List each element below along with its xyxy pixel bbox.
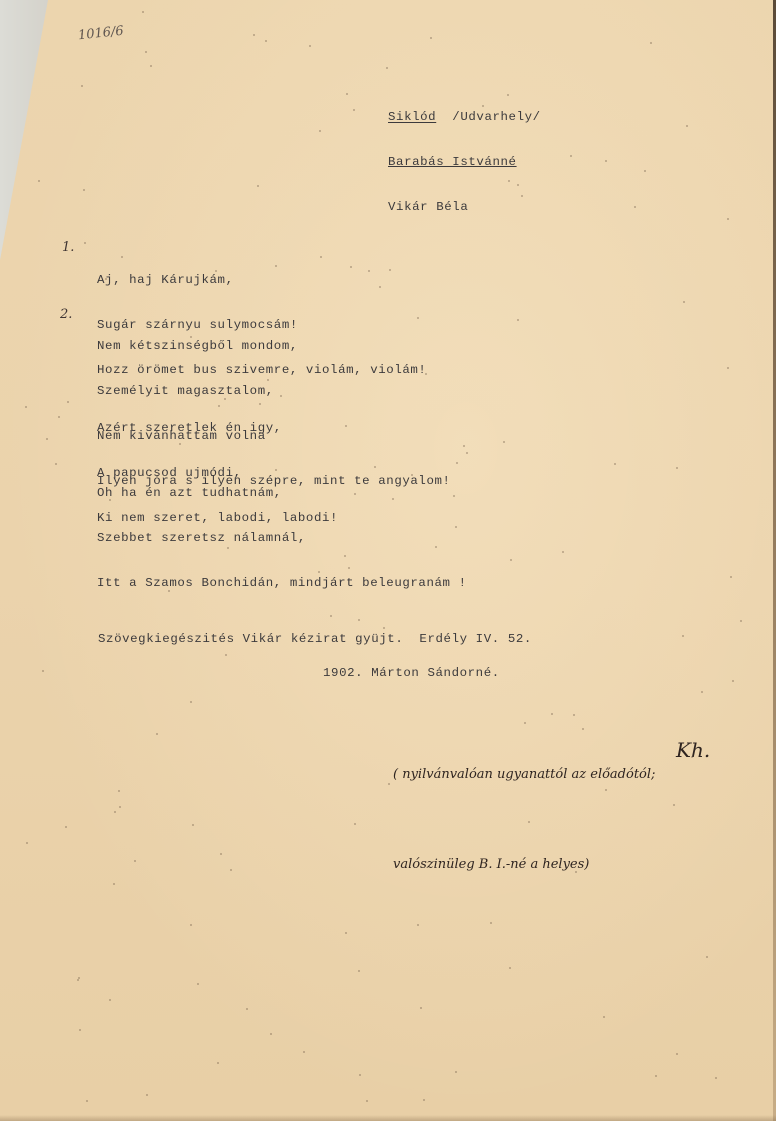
source-note: Szövegkiegészités Vikár kézirat gyüjt. E… [98, 632, 532, 647]
paper-speck [346, 93, 348, 95]
paper-speck [524, 722, 526, 724]
document-page: 1016/6 Siklód /Udvarhely/ Barabás István… [0, 0, 776, 1121]
paper-speck [257, 185, 259, 187]
paper-speck [190, 701, 192, 703]
paper-speck [727, 218, 729, 220]
paper-speck [217, 1062, 219, 1064]
paper-speck [676, 1053, 678, 1055]
paper-speck [46, 438, 48, 440]
underlying-sheet [0, 0, 60, 260]
paper-speck [81, 33, 83, 35]
paper-speck [673, 804, 675, 806]
paper-speck [197, 983, 199, 985]
paper-speck [605, 789, 607, 791]
paper-speck [691, 756, 693, 758]
verse-line: Oh ha én azt tudhatnám, [97, 486, 467, 501]
paper-speck [388, 783, 390, 785]
paper-speck [605, 160, 607, 162]
paper-speck [682, 635, 684, 637]
paper-speck [55, 463, 57, 465]
paper-speck [420, 1007, 422, 1009]
paper-speck [109, 999, 111, 1001]
paper-speck [614, 463, 616, 465]
stanza-number: 1. [62, 240, 74, 255]
paper-speck [25, 406, 27, 408]
paper-speck [655, 1075, 657, 1077]
verse-line: Szebbet szeretsz nálamnál, [97, 531, 467, 546]
paper-speck [150, 65, 152, 67]
paper-speck [634, 206, 636, 208]
verse-line: Nem kétszinségből mondom, [97, 339, 451, 354]
paper-speck [303, 1051, 305, 1053]
paper-speck [482, 105, 484, 107]
paper-speck [686, 125, 688, 127]
paper-speck [503, 441, 505, 443]
handwritten-line: ( nyilvánvalóan ugyanattól az előadótól; [393, 760, 655, 790]
paper-speck [230, 869, 232, 871]
place-name: Siklód [388, 110, 436, 124]
paper-speck [318, 571, 320, 573]
paper-speck [253, 34, 255, 36]
paper-speck [65, 826, 67, 828]
paper-speck [570, 155, 572, 157]
paper-speck [507, 94, 509, 96]
region-name: /Udvarhely/ [452, 110, 540, 124]
paper-speck [220, 853, 222, 855]
stanza-number: 2. [60, 307, 72, 322]
paper-speck [119, 806, 121, 808]
paper-speck [225, 654, 227, 656]
paper-speck [701, 691, 703, 693]
paper-speck [732, 680, 734, 682]
paper-speck [366, 1100, 368, 1102]
paper-speck [246, 1008, 248, 1010]
paper-speck [386, 67, 388, 69]
paper-speck [121, 256, 123, 258]
paper-speck [727, 367, 729, 369]
paper-speck [374, 466, 376, 468]
verse-line: Itt a Szamos Bonchidán, mindjárt beleugr… [97, 576, 467, 591]
paper-speck [383, 627, 385, 629]
paper-speck [562, 551, 564, 553]
paper-speck [345, 932, 347, 934]
paper-speck [348, 567, 350, 569]
paper-speck [79, 1029, 81, 1031]
paper-speck [354, 493, 356, 495]
paper-speck [83, 189, 85, 191]
paper-speck [359, 1074, 361, 1076]
paper-speck [320, 256, 322, 258]
paper-speck [644, 170, 646, 172]
paper-speck [26, 842, 28, 844]
paper-speck [379, 286, 381, 288]
paper-speck [353, 109, 355, 111]
paper-speck [466, 452, 468, 454]
paper-speck [142, 11, 144, 13]
paper-speck [265, 40, 267, 42]
paper-speck [455, 1071, 457, 1073]
paper-speck [603, 1016, 605, 1018]
page-bottom-shadow [0, 1115, 776, 1121]
paper-speck [463, 445, 465, 447]
paper-speck [676, 467, 678, 469]
paper-speck [582, 728, 584, 730]
paper-speck [58, 416, 60, 418]
paper-speck [358, 970, 360, 972]
handwritten-line: valószinüleg B. I.-né a helyes) [393, 850, 655, 880]
paper-speck [358, 619, 360, 621]
paper-speck [455, 526, 457, 528]
paper-speck [430, 37, 432, 39]
paper-speck [81, 85, 83, 87]
paper-speck [509, 967, 511, 969]
paper-speck [411, 474, 413, 476]
paper-speck [389, 269, 391, 271]
paper-speck [650, 42, 652, 44]
paper-speck [192, 824, 194, 826]
header-location-line: Siklód /Udvarhely/ [388, 110, 541, 125]
paper-speck [38, 180, 40, 182]
collector-name: Vikár Béla [388, 200, 541, 215]
paper-speck [423, 1099, 425, 1101]
verse-line: Azért szeretlek én igy, [97, 421, 338, 436]
paper-speck [77, 979, 79, 981]
date-line: 1902. Márton Sándorné. [323, 666, 500, 681]
paper-speck [510, 559, 512, 561]
handwritten-note: ( nyilvánvalóan ugyanattól az előadótól;… [393, 700, 655, 940]
paper-speck [146, 1094, 148, 1096]
paper-speck [67, 401, 69, 403]
paper-speck [42, 670, 44, 672]
paper-speck [275, 469, 277, 471]
singer-name: Barabás Istvánné [388, 155, 541, 170]
paper-speck [145, 51, 147, 53]
stanza: Oh ha én azt tudhatnám, Szebbet szeretsz… [97, 456, 467, 621]
paper-speck [508, 180, 510, 182]
paper-speck [706, 956, 708, 958]
paper-speck [551, 713, 553, 715]
paper-speck [319, 130, 321, 132]
paper-speck [113, 883, 115, 885]
paper-speck [118, 790, 120, 792]
paper-speck [156, 733, 158, 735]
paper-speck [309, 45, 311, 47]
paper-speck [683, 301, 685, 303]
archive-reference: 1016/6 [77, 24, 124, 44]
paper-speck [354, 823, 356, 825]
paper-speck [740, 620, 742, 622]
paper-speck [517, 319, 519, 321]
verse-line: Aj, haj Kárujkám, [97, 273, 426, 288]
paper-speck [270, 1033, 272, 1035]
paper-speck [350, 266, 352, 268]
paper-speck [435, 546, 437, 548]
document-header: Siklód /Udvarhely/ Barabás Istvánné Viká… [388, 80, 541, 245]
paper-speck [715, 1077, 717, 1079]
paper-speck [114, 811, 116, 813]
paper-speck [730, 576, 732, 578]
paper-speck [86, 1100, 88, 1102]
paper-speck [190, 924, 192, 926]
paper-speck [528, 821, 530, 823]
paper-speck [84, 242, 86, 244]
handwritten-initials: Kh. [676, 738, 710, 762]
paper-speck [134, 860, 136, 862]
